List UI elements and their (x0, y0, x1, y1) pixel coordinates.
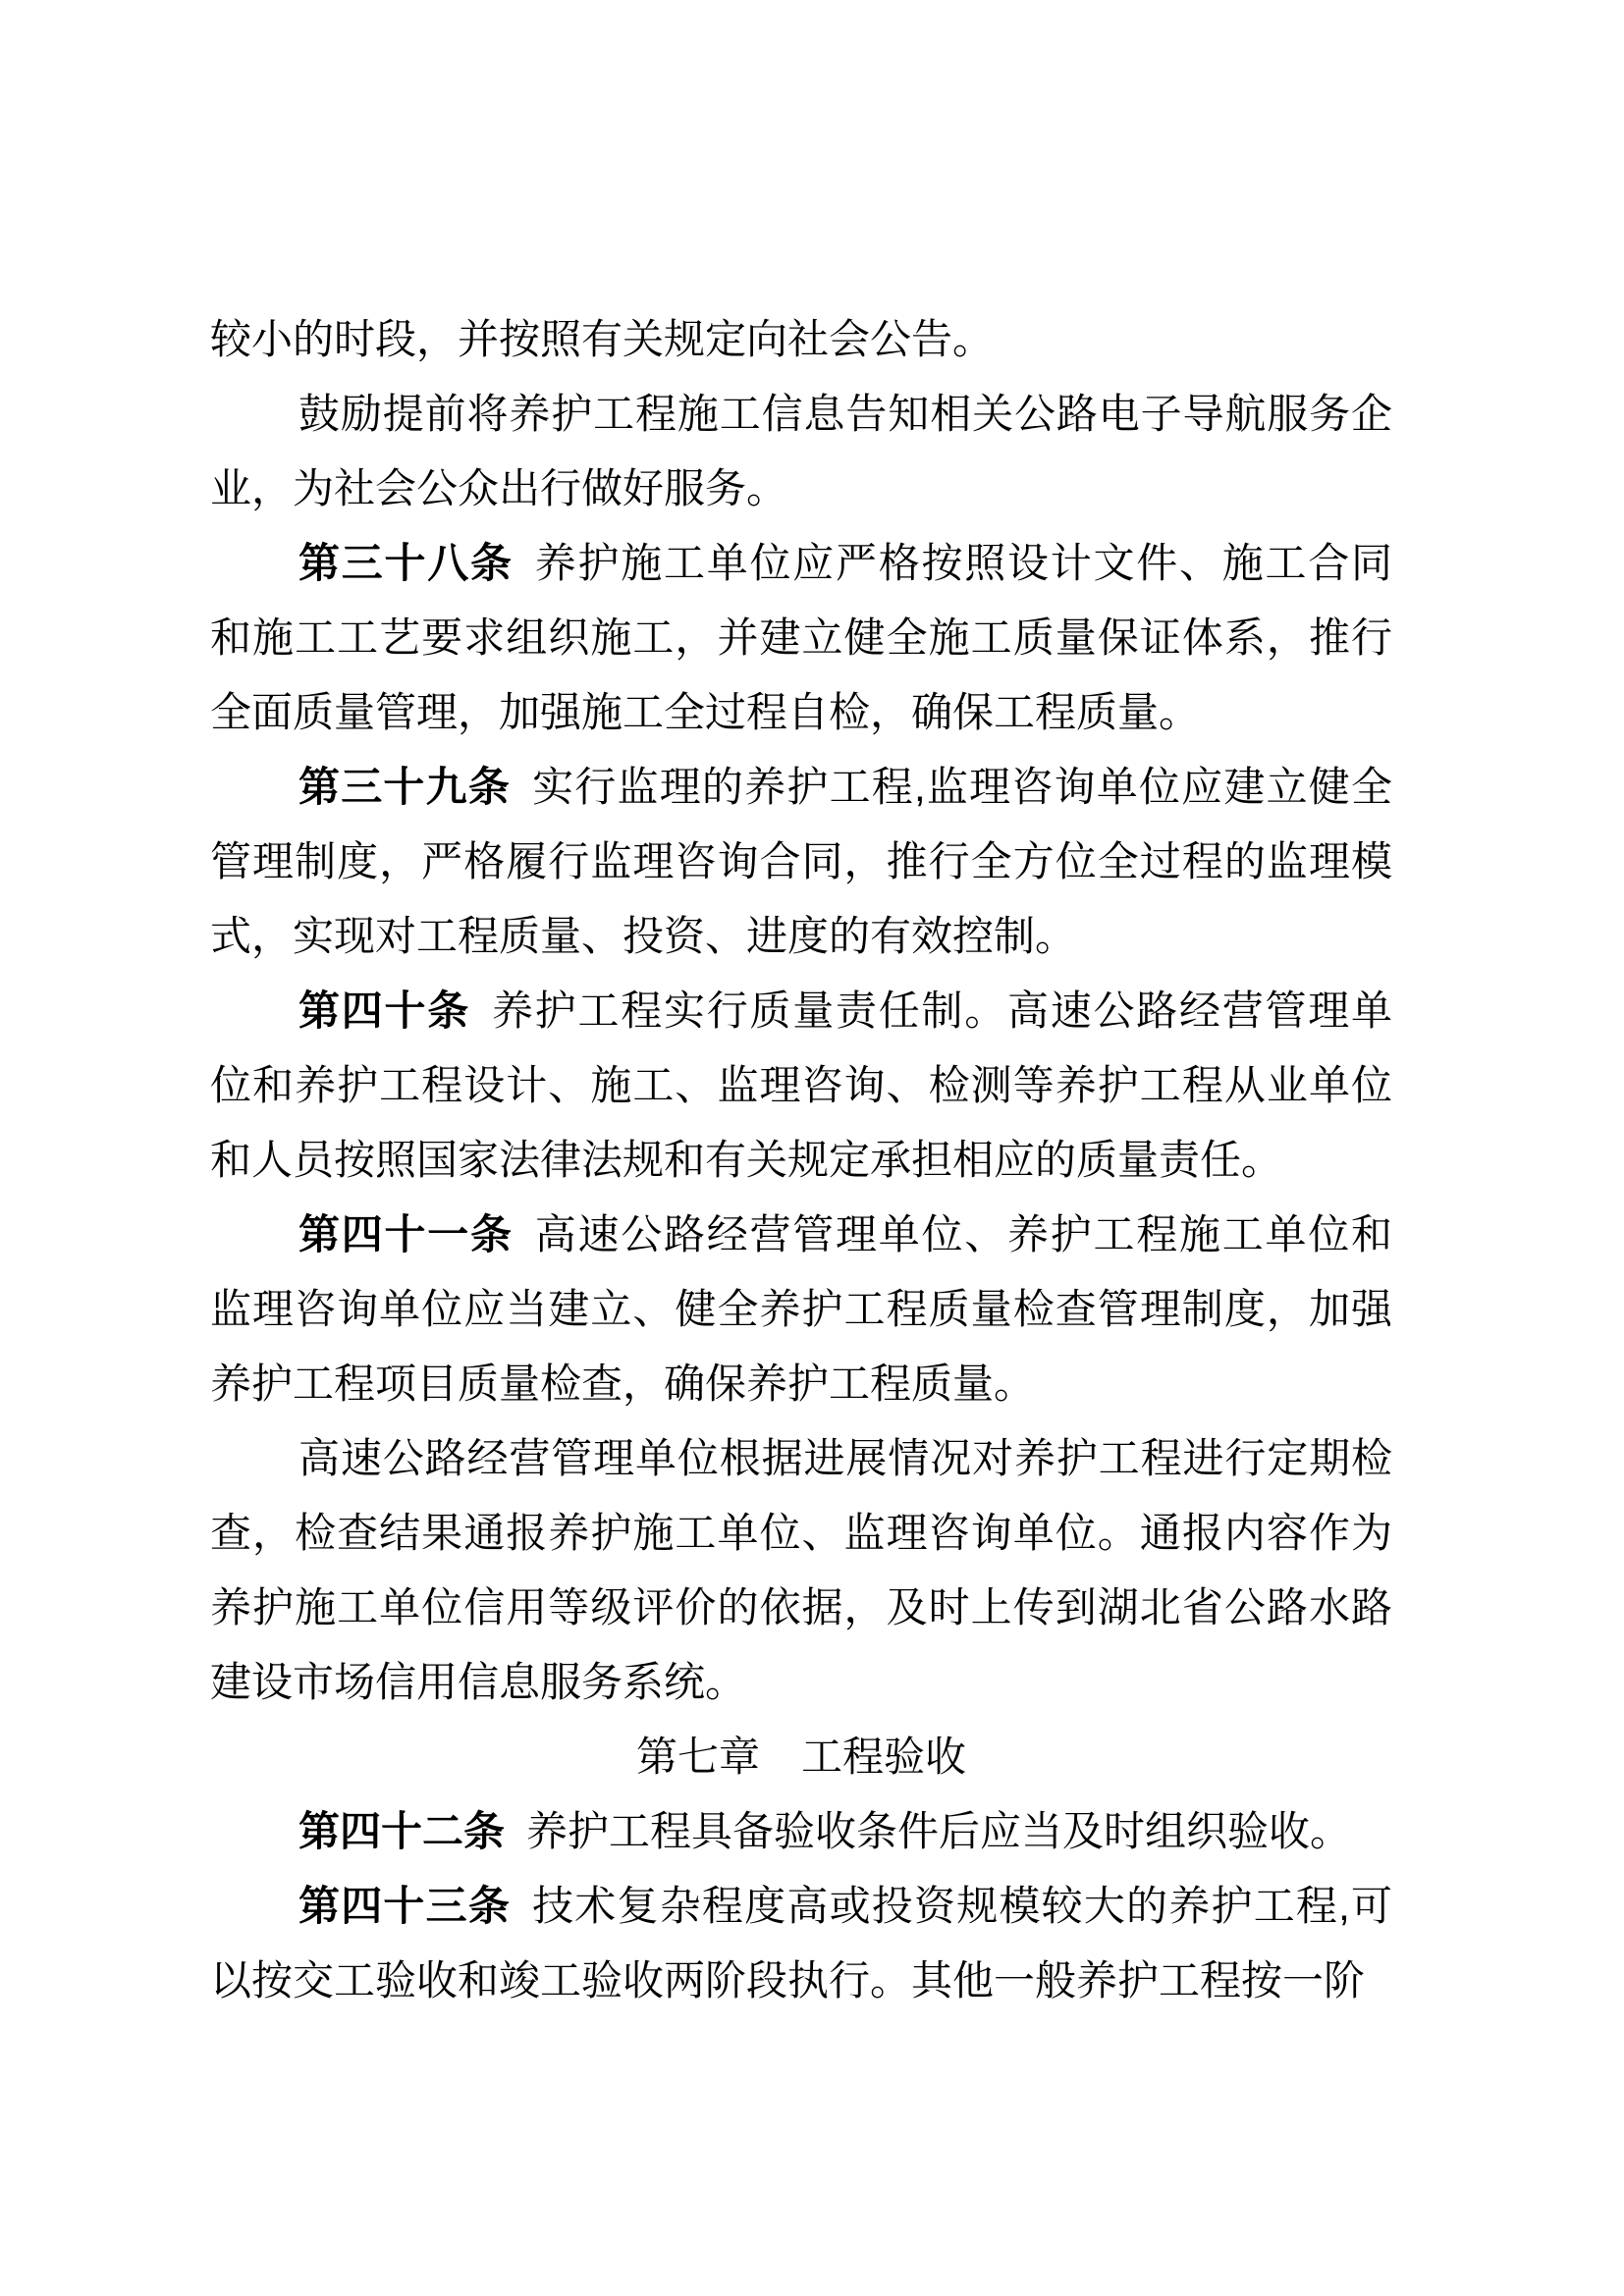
article-paragraph: 第三十八条养护施工单位应严格按照设计文件、施工合同和施工工艺要求组织施工，并建立… (210, 526, 1392, 750)
document-content: 较小的时段，并按照有关规定向社会公告。 鼓励提前将养护工程施工信息告知相关公路电… (210, 302, 1392, 2018)
article-paragraph: 第四十一条高速公路经营管理单位、养护工程施工单位和监理咨询单位应当建立、健全养护… (210, 1198, 1392, 1421)
chapter-title: 工程验收 (801, 1734, 966, 1780)
article-paragraph: 第四十二条养护工程具备验收条件后应当及时组织验收。 (210, 1794, 1392, 1869)
paragraph-text: 高速公路经营管理单位根据进展情况对养护工程进行定期检查，检查结果通报养护施工单位… (210, 1435, 1392, 1705)
paragraph: 高速公路经营管理单位根据进展情况对养护工程进行定期检查，检查结果通报养护施工单位… (210, 1421, 1392, 1720)
article-paragraph: 第四十三条技术复杂程度高或投资规模较大的养护工程,可以按交工验收和竣工验收两阶段… (210, 1869, 1392, 2018)
article-number: 第四十一条 (298, 1211, 514, 1257)
paragraph: 鼓励提前将养护工程施工信息告知相关公路电子导航服务企业，为社会公众出行做好服务。 (210, 377, 1392, 526)
paragraph-text: 鼓励提前将养护工程施工信息告知相关公路电子导航服务企业，为社会公众出行做好服务。 (210, 391, 1392, 511)
article-text: 养护工程具备验收条件后应当及时组织验收。 (526, 1808, 1351, 1854)
article-number: 第四十二条 (298, 1808, 505, 1854)
chapter-heading: 第七章工程验收 (210, 1720, 1392, 1794)
chapter-number: 第七章 (636, 1734, 760, 1780)
article-number: 第三十八条 (298, 540, 514, 586)
article-number: 第四十三条 (298, 1883, 511, 1929)
document-page: 较小的时段，并按照有关规定向社会公告。 鼓励提前将养护工程施工信息告知相关公路电… (0, 0, 1624, 2296)
article-paragraph: 第四十条养护工程实行质量责任制。高速公路经营管理单位和养护工程设计、施工、监理咨… (210, 974, 1392, 1198)
paragraph: 较小的时段，并按照有关规定向社会公告。 (210, 302, 1392, 377)
paragraph-text: 较小的时段，并按照有关规定向社会公告。 (210, 316, 994, 362)
article-number: 第四十条 (298, 988, 470, 1034)
article-number: 第三十九条 (298, 764, 511, 810)
article-paragraph: 第三十九条实行监理的养护工程,监理咨询单位应建立健全管理制度，严格履行监理咨询合… (210, 750, 1392, 974)
